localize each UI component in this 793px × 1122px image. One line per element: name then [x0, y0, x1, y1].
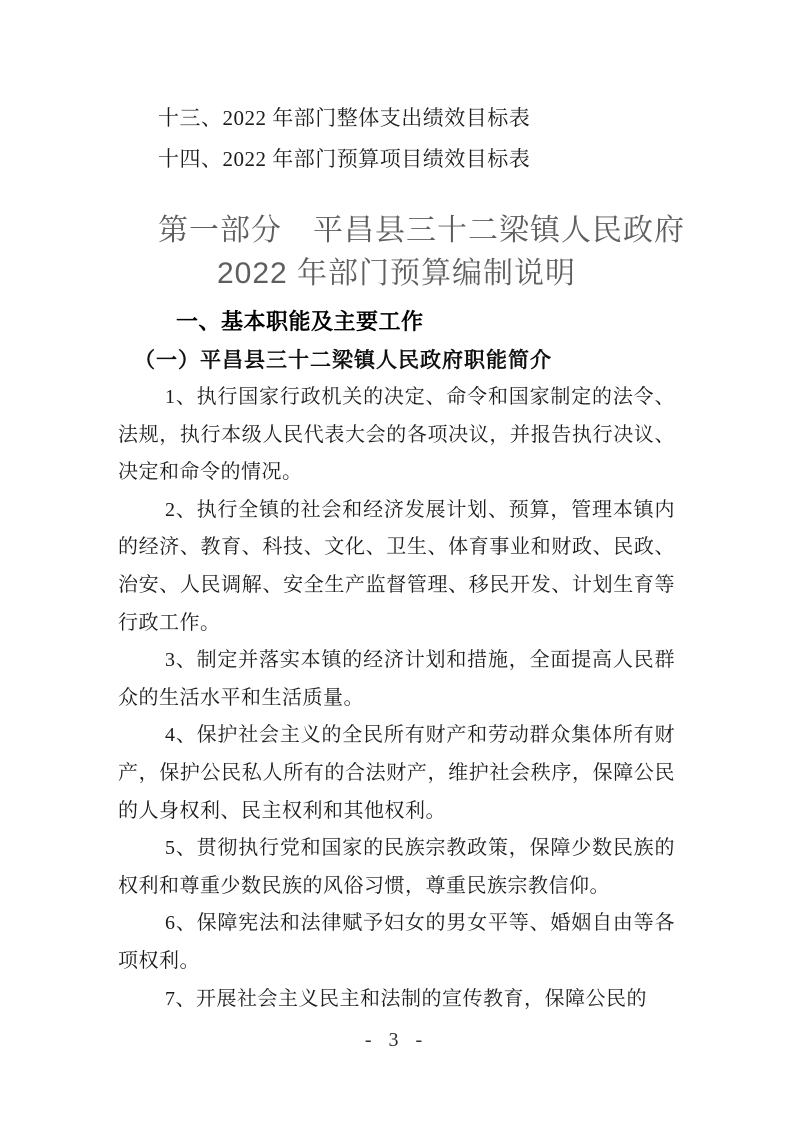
section-subheading: （一）平昌县三十二梁镇人民政府职能简介 [134, 341, 552, 379]
part-title-line-1: 第一部分 平昌县三十二梁镇人民政府 [0, 209, 793, 252]
part-title-line-2: 2022 年部门预算编制说明 [0, 252, 793, 295]
body-paragraph-6: 6、保障宪法和法律赋予妇女的男女平等、婚姻自由等各项权利。 [118, 905, 675, 980]
document-page: 十三、2022 年部门整体支出绩效目标表 十四、2022 年部门预算项目绩效目标… [0, 0, 793, 1122]
toc-item-13: 十三、2022 年部门整体支出绩效目标表 [118, 98, 681, 139]
page-number: - 3 - [0, 1026, 793, 1054]
body-paragraph-5: 5、贯彻执行党和国家的民族宗教政策，保障少数民族的权利和尊重少数民族的风俗习惯，… [118, 830, 675, 905]
toc-item-14: 十四、2022 年部门预算项目绩效目标表 [118, 139, 681, 180]
body-paragraph-2: 2、执行全镇的社会和经济发展计划、预算，管理本镇内的经济、教育、科技、文化、卫生… [118, 492, 675, 642]
body-paragraph-4: 4、保护社会主义的全民所有财产和劳动群众集体所有财产，保护公民私人所有的合法财产… [118, 717, 675, 830]
body-text: 1、执行国家行政机关的决定、命令和国家制定的法令、法规，执行本级人民代表大会的各… [118, 379, 675, 1018]
body-paragraph-3: 3、制定并落实本镇的经济计划和措施，全面提高人民群众的生活水平和生活质量。 [118, 642, 675, 717]
section-heading: 一、基本职能及主要工作 [176, 303, 424, 341]
part-title: 第一部分 平昌县三十二梁镇人民政府 2022 年部门预算编制说明 [0, 209, 793, 295]
body-paragraph-7: 7、开展社会主义民主和法制的宣传教育，保障公民的 [118, 981, 675, 1019]
toc-list: 十三、2022 年部门整体支出绩效目标表 十四、2022 年部门预算项目绩效目标… [118, 98, 681, 180]
body-paragraph-1: 1、执行国家行政机关的决定、命令和国家制定的法令、法规，执行本级人民代表大会的各… [118, 379, 675, 492]
